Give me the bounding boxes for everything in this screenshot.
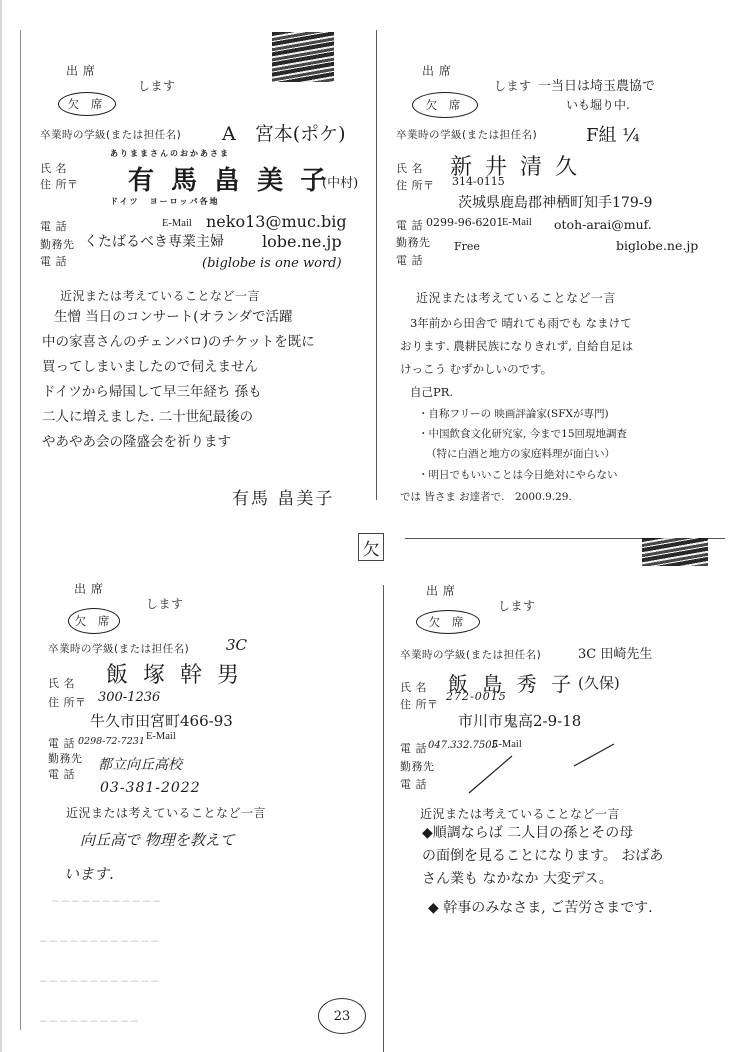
class-value: F組 ¼ bbox=[586, 121, 640, 147]
message-body: ◆順調ならば 二人目の孫とその母 の面倒を見ることになります。 おばあ さん業も… bbox=[422, 822, 663, 920]
message-line: 向丘高で 物理を教えて bbox=[64, 823, 235, 857]
email-value-line1: neko13@muc.big bbox=[206, 212, 347, 231]
phone-label: 電 話 bbox=[396, 217, 423, 233]
show-through-text: ─ ─ ─ ─ ─ ─ ─ ─ ─ ─ bbox=[40, 1015, 138, 1028]
address-label: 住 所〒 bbox=[396, 177, 435, 193]
workplace-label: 勤務先 bbox=[396, 234, 431, 250]
message-heading: 近況または考えていることなど一言 bbox=[60, 287, 260, 304]
message-line: います. bbox=[64, 857, 235, 891]
email-value-line1: otoh-arai@muf. bbox=[554, 217, 652, 232]
address-label: 住 所〒 bbox=[400, 696, 439, 712]
phone-value: 0298-72-7231 bbox=[78, 736, 145, 747]
message-line: さん業も なかなか 大変デス。 bbox=[422, 868, 663, 891]
message-line: おります. 農耕民族になりきれず, 自給自足は bbox=[400, 335, 633, 358]
class-label: 卒業時の学級(または担任名) bbox=[48, 641, 189, 656]
email-label: E-Mail bbox=[162, 218, 192, 229]
work-phone-label: 電 話 bbox=[396, 252, 423, 268]
postal-code: 300-1236 bbox=[98, 690, 160, 705]
postcard-bottom-left: 出 席 します 欠 席 卒業時の学級(または担任名) 3C 氏 名 飯 塚 幹 … bbox=[0, 530, 372, 1052]
message-line: やあやあ会の隆盛会を祈ります bbox=[42, 430, 315, 455]
message-line: 中の家喜さんのチェンバロ)のチケットを既に bbox=[42, 330, 315, 355]
name-label: 氏 名 bbox=[396, 160, 423, 176]
absent-circled: 欠 席 bbox=[412, 92, 478, 118]
class-value: A 宮本(ポケ) bbox=[222, 119, 346, 146]
email-label: E-Mail bbox=[502, 217, 532, 228]
class-label: 卒業時の学級(または担任名) bbox=[396, 127, 537, 142]
absent-circled: 欠 席 bbox=[416, 610, 480, 634]
name-label: 氏 名 bbox=[40, 160, 67, 176]
message-body: 生憎 当日のコンサート(オランダで活躍 中の家喜さんのチェンバロ)のチケットを既… bbox=[42, 305, 315, 455]
address-label: 住 所〒 bbox=[40, 176, 79, 192]
address-label: 住 所〒 bbox=[48, 694, 87, 710]
message-heading: 近況または考えていることなど一言 bbox=[66, 804, 266, 821]
attend-note-line1: 一当日は埼玉農協で bbox=[538, 75, 655, 94]
attend-label: 出 席 bbox=[66, 62, 95, 79]
work-phone-label: 電 話 bbox=[48, 766, 75, 782]
message-line: ドイツから帰国して早三年経ち 孫も bbox=[42, 380, 315, 405]
message-line: （特に白酒と地方の家庭料理が面白い） bbox=[400, 444, 633, 464]
phone-value: 0299-96-6201 bbox=[426, 216, 503, 229]
suffix-label: します bbox=[138, 77, 176, 94]
name-note: (中村) bbox=[322, 172, 358, 191]
postal-code: 272-0015 bbox=[446, 690, 507, 703]
page-number: 23 bbox=[318, 998, 366, 1034]
phone-label: 電 話 bbox=[40, 218, 67, 234]
attend-label: 出 席 bbox=[426, 582, 455, 599]
absent-circled: 欠 席 bbox=[58, 92, 116, 116]
message-line: ◆順調ならば 二人目の孫とその母 bbox=[422, 822, 663, 845]
message-line: 自己PR. bbox=[400, 381, 633, 404]
workplace-label: 勤務先 bbox=[40, 236, 75, 252]
workplace-label: 勤務先 bbox=[48, 750, 83, 766]
message-heading: 近況または考えていることなど一言 bbox=[416, 289, 616, 306]
class-label: 卒業時の学級(または担任名) bbox=[40, 127, 181, 142]
postmark-stamp bbox=[272, 32, 334, 82]
furigana-line: ありままさんのおかあさま bbox=[110, 148, 230, 159]
dash-strike-mark bbox=[464, 728, 624, 798]
work-phone-value: 03-381-2022 bbox=[100, 780, 201, 796]
name-value: 飯 塚 幹 男 bbox=[106, 658, 243, 689]
attend-label: 出 席 bbox=[422, 62, 451, 79]
class-value: 3C 田崎先生 bbox=[578, 643, 652, 662]
message-heading: 近況または考えていることなど一言 bbox=[420, 805, 620, 822]
address-value: 牛久市田宮町466-93 bbox=[90, 710, 233, 731]
message-body: 3年前から田舎で 晴れても雨でも なまけて おります. 農耕民族になりきれず, … bbox=[400, 312, 633, 509]
signature: 有馬 畠美子 bbox=[232, 484, 334, 509]
message-line: ・中国飲食文化研究家, 今まで15回現地調査 bbox=[400, 424, 633, 444]
name-label: 氏 名 bbox=[400, 679, 427, 695]
postcard-top-left: 出 席 します 欠 席 卒業時の学級(または担任名) A 宮本(ポケ) ありまま… bbox=[0, 0, 372, 520]
suffix-label: します bbox=[498, 597, 536, 614]
workplace-value: くたばるべき専業主婦 bbox=[84, 231, 224, 251]
address-value: 茨城県鹿島郡神栖町知手179-9 bbox=[458, 192, 652, 212]
absent-circled: 欠 席 bbox=[68, 608, 120, 634]
work-phone-label: 電 話 bbox=[400, 776, 427, 792]
show-through-text: ─ ─ ─ ─ ─ ─ ─ ─ ─ ─ ─ ─ bbox=[40, 935, 158, 948]
postcard-top-right: 出 席 します 一当日は埼玉農協で いも堀り中. 欠 席 卒業時の学級(または担… bbox=[372, 0, 745, 540]
email-note: (biglobe is one word) bbox=[202, 256, 342, 271]
suffix-label: します bbox=[146, 595, 184, 612]
postcard-bottom-right: 出 席 します 欠 席 卒業時の学級(または担任名) 3C 田崎先生 氏 名 飯… bbox=[372, 530, 745, 1052]
phone-label: 電 話 bbox=[48, 735, 75, 751]
message-line: 二人に増えました. 二十世紀最後の bbox=[42, 405, 315, 430]
message-body: 向丘高で 物理を教えて います. bbox=[64, 823, 235, 891]
work-phone-label: 電 話 bbox=[40, 253, 67, 269]
show-through-text: ─ ─ ─ ─ ─ ─ ─ ─ ─ ─ ─ bbox=[52, 895, 160, 908]
workplace-value: 都立向丘高校 bbox=[98, 754, 182, 774]
message-line: 生憎 当日のコンサート(オランダで活躍 bbox=[42, 305, 315, 330]
message-line: 買ってしまいましたので伺えません bbox=[42, 355, 315, 380]
message-line: では 皆さま お達者で. 2000.9.29. bbox=[400, 486, 633, 509]
phone-label: 電 話 bbox=[400, 740, 427, 756]
message-line: けっこう むずかしいのです。 bbox=[400, 358, 633, 381]
suffix-label: します bbox=[494, 77, 532, 94]
email-value-line2: biglobe.ne.jp bbox=[616, 238, 698, 253]
email-label: E-Mail bbox=[146, 731, 176, 742]
name-note: (久保) bbox=[578, 672, 620, 693]
address-note-line: ドイツ ヨーロッパ各地 bbox=[110, 196, 229, 207]
message-line: ◆ 幹事のみなさま, ご苦労さまです. bbox=[422, 897, 663, 920]
postal-code: 314-0115 bbox=[452, 175, 505, 188]
postmark-stamp bbox=[642, 538, 708, 566]
workplace-value: Free bbox=[454, 240, 480, 253]
name-value: 有 馬 畠 美 子 bbox=[128, 160, 330, 197]
class-label: 卒業時の学級(または担任名) bbox=[400, 647, 541, 662]
attend-label: 出 席 bbox=[74, 580, 103, 597]
email-value-line2: lobe.ne.jp bbox=[262, 232, 342, 251]
message-line: ・明日でもいいことは今日絶対にやらない bbox=[400, 464, 633, 486]
message-line: の面倒を見ることになります。 おばあ bbox=[422, 845, 663, 868]
attend-note-line2: いも堀り中. bbox=[566, 96, 630, 113]
name-label: 氏 名 bbox=[48, 675, 75, 691]
message-line: ・自称フリーの 映画評論家(SFXが専門) bbox=[400, 404, 633, 424]
message-line: 3年前から田舎で 晴れても雨でも なまけて bbox=[400, 312, 633, 335]
class-value: 3C bbox=[226, 636, 247, 654]
show-through-text: ─ ─ ─ ─ ─ ─ ─ ─ ─ ─ ─ ─ bbox=[40, 975, 158, 988]
workplace-label: 勤務先 bbox=[400, 758, 435, 774]
